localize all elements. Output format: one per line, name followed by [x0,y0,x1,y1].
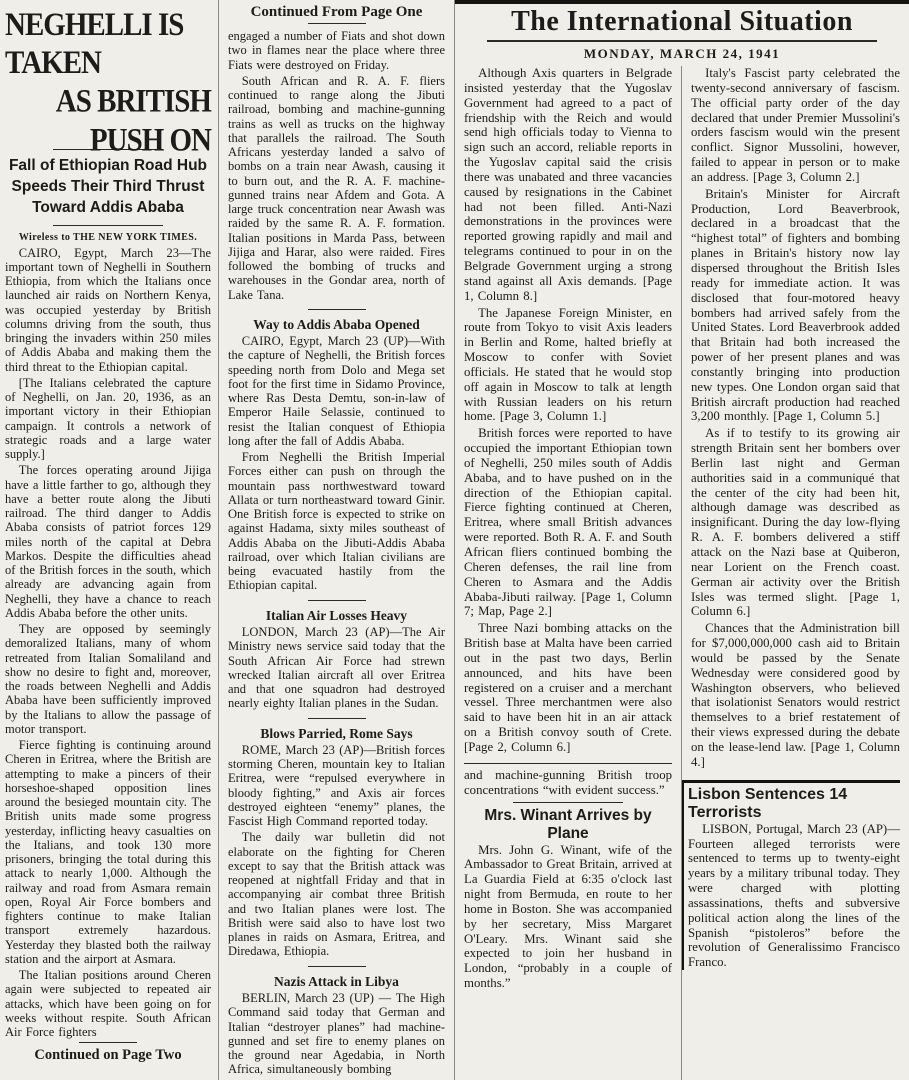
paragraph: The daily war bulletin did not elaborate… [228,830,445,958]
paragraph: CAIRO, Egypt, March 23 (UP)—With the cap… [228,334,445,448]
middle-article-body: engaged a number of Fiats and shot down … [228,29,445,1077]
international-situation-box: The International Situation MONDAY, MARC… [455,0,909,1080]
paragraph: LONDON, March 23 (AP)—The Air Ministry n… [228,625,445,711]
section-heading: Way to Addis Ababa Opened [228,317,445,332]
page-columns: NEGHELLI IS TAKEN AS BRITISH PUSH ON Fal… [0,0,909,1080]
international-right-body: Italy's Fascist party celebrated the twe… [691,66,900,770]
main-headline: NEGHELLI IS TAKEN AS BRITISH PUSH ON [5,6,211,159]
paragraph: Mrs. John G. Winant, wife of the Ambassa… [464,843,672,991]
paragraph: ROME, March 23 (AP)—British forces storm… [228,743,445,829]
byline: Wireless to THE NEW YORK TIMES. [5,232,211,243]
paragraph: BERLIN, March 23 (UP) — The High Command… [228,991,445,1077]
lisbon-body: LISBON, Portugal, March 23 (AP)—Fourteen… [688,822,900,970]
section-heading: Italian Air Losses Heavy [228,608,445,623]
divider [308,966,366,967]
international-situation-title: The International Situation [455,4,909,38]
international-right-column: Italy's Fascist party celebrated the twe… [682,66,909,1080]
paragraph: British forces were reported to have occ… [464,426,672,619]
international-left-body: Although Axis quarters in Belgrade insis… [464,66,672,755]
paragraph: Although Axis quarters in Belgrade insis… [464,66,672,304]
winant-body: Mrs. John G. Winant, wife of the Ambassa… [464,843,672,991]
divider [308,309,366,310]
paragraph: [The Italians celebrated the capture of … [5,376,211,462]
left-article-column: NEGHELLI IS TAKEN AS BRITISH PUSH ON Fal… [0,0,219,1080]
headline-line-2: AS BRITISH PUSH ON [5,83,211,160]
paragraph: The Japanese Foreign Minister, en route … [464,306,672,425]
paragraph: LISBON, Portugal, March 23 (AP)—Fourteen… [688,822,900,970]
paragraph: As if to testify to its growing air stre… [691,426,900,619]
paragraph: The forces operating around Jijiga have … [5,463,211,620]
continued-from-page-one: Continued From Page One [228,4,445,21]
section-heading: Nazis Attack in Libya [228,974,445,989]
international-situation-date: MONDAY, MARCH 24, 1941 [455,46,909,62]
newspaper-page: NEGHELLI IS TAKEN AS BRITISH PUSH ON Fal… [0,0,909,1080]
paragraph: They are opposed by seemingly demoralize… [5,622,211,736]
paragraph: South African and R. A. F. fliers contin… [228,74,445,302]
international-situation-columns: Although Axis quarters in Belgrade insis… [455,66,909,1080]
left-article-body: CAIRO, Egypt, March 23—The important tow… [5,246,211,1040]
divider [308,600,366,601]
lisbon-headline: Lisbon Sentences 14 Terrorists [688,786,900,822]
paragraph: The Italian positions around Cheren agai… [5,968,211,1039]
headline-line-1: NEGHELLI IS TAKEN [5,6,211,83]
paragraph: Britain's Minister for Aircraft Producti… [691,187,900,425]
paragraph: Three Nazi bombing attacks on the Britis… [464,621,672,755]
continued-on-page-two: Continued on Page Two [5,1047,211,1064]
berlin-article-continuation: and machine-gunning British troop concen… [464,763,672,798]
paragraph: and machine-gunning British troop concen… [464,768,672,798]
divider [513,802,623,803]
international-left-column: Although Axis quarters in Belgrade insis… [455,66,682,1080]
paragraph: Fierce fighting is continuing around Che… [5,738,211,966]
winant-headline: Mrs. Winant Arrives by Plane [464,807,672,843]
paragraph: Italy's Fascist party celebrated the twe… [691,66,900,185]
divider [308,23,366,24]
divider [53,225,163,226]
paragraph: From Neghelli the British Imperial Force… [228,450,445,593]
subheadline: Fall of Ethiopian Road Hub Speeds Their … [5,156,211,219]
section-heading: Blows Parried, Rome Says [228,726,445,741]
paragraph: engaged a number of Fiats and shot down … [228,29,445,72]
middle-article-column: Continued From Page One engaged a number… [219,0,455,1080]
divider [79,1042,137,1043]
lisbon-boxed-article: Lisbon Sentences 14 Terrorists LISBON, P… [682,780,900,970]
divider [308,718,366,719]
paragraph: Chances that the Administration bill for… [691,621,900,769]
paragraph: CAIRO, Egypt, March 23—The important tow… [5,246,211,374]
divider [487,40,877,42]
